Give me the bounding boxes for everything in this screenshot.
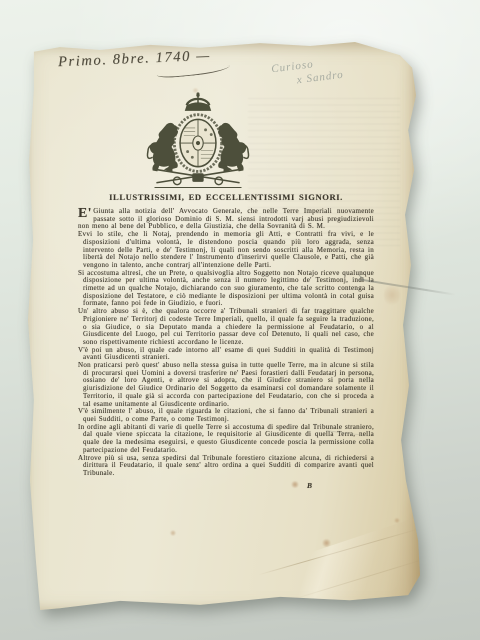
foxing-stain [322, 539, 331, 547]
folded-corner [232, 516, 420, 608]
paragraph: Un' altro abuso si è, che qualora occorr… [78, 308, 374, 347]
paragraph: V'è poi un abuso, il quale cade intorno … [78, 347, 374, 362]
paper-surface: Primo. 8bre. 1740 — Curioso x Sandro [26, 42, 420, 614]
royal-coat-of-arms [140, 92, 256, 196]
shield [174, 115, 221, 172]
foxing-stain [384, 284, 400, 306]
paragraph: E'Giunta alla notizia dell' Avvocato Gen… [78, 208, 374, 231]
handwritten-date: Primo. 8bre. 1740 — [58, 46, 259, 71]
signature-mark: B [78, 481, 374, 490]
trophy-base [155, 165, 242, 188]
paragraph: V'è similmente l' abuso, il quale riguar… [78, 408, 374, 423]
ink-flourish [156, 65, 230, 79]
crown [185, 92, 211, 111]
foxing-stain [291, 481, 299, 488]
drop-cap: E' [78, 208, 92, 221]
foxing-stain [170, 530, 176, 536]
paragraph-text: Giunta alla notizia dell' Avvocato Gener… [78, 207, 374, 230]
paragraph: In ordine agli abitanti di varie di quel… [78, 424, 374, 455]
paragraph: Non praticarsi però quest' abuso nella s… [78, 362, 374, 408]
handwritten-date-text: Primo. 8bre. 1740 — [58, 48, 211, 70]
document-title: ILLUSTRISSIMI, ED ECCELLENTISSIMI SIGNOR… [78, 192, 374, 202]
paragraph: Evvi lo stile, che li Notaj, prendendo i… [78, 231, 374, 270]
paragraph: Si accostuma altresì, che un Prete, o qu… [78, 270, 374, 309]
foxing-stain [192, 88, 199, 93]
pencil-note: Curioso x Sandro [271, 54, 345, 90]
photo-backdrop: Primo. 8bre. 1740 — Curioso x Sandro [0, 0, 480, 640]
document-sheet: Primo. 8bre. 1740 — Curioso x Sandro [26, 42, 420, 614]
printed-text-block: ILLUSTRISSIMI, ED ECCELLENTISSIMI SIGNOR… [78, 192, 374, 490]
paragraph: Altrove più si usa, senza spedirsi dal T… [78, 455, 374, 478]
foxing-stain [394, 518, 400, 523]
